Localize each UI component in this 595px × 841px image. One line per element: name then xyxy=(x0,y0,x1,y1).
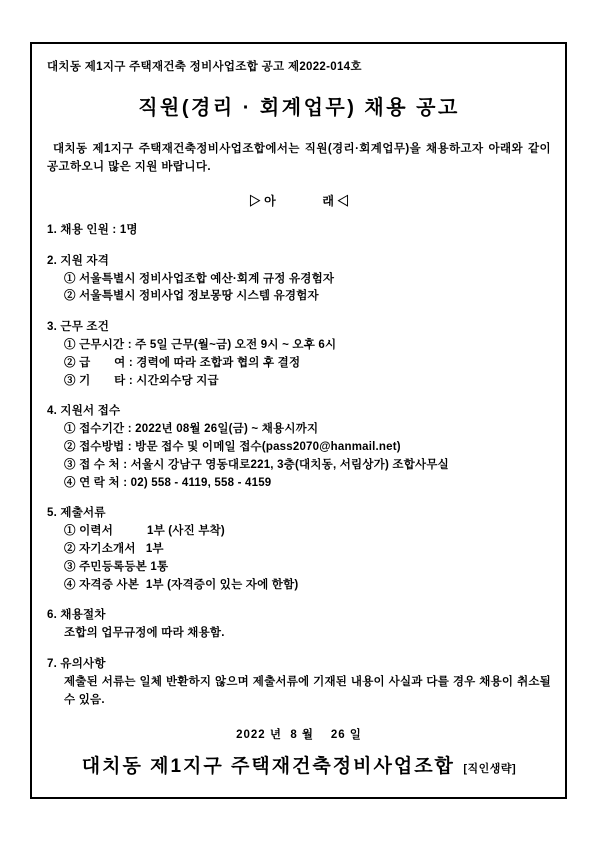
issuer-name: 대치동 제1지구 주택재건축정비사업조합 xyxy=(82,756,455,777)
section-notes: 7. 유의사항 제출된 서류는 일체 반환하지 않으며 제출서류에 기재된 내용… xyxy=(47,656,551,709)
section-item: 조합의 업무규정에 따라 채용함. xyxy=(47,625,551,643)
section-item: ② 서울특별시 정비사업 정보몽땅 시스템 유경험자 xyxy=(47,288,551,306)
section-procedure: 6. 채용절차 조합의 업무규정에 따라 채용함. xyxy=(47,607,551,643)
section-item: ③ 기 타 : 시간외수당 지급 xyxy=(47,373,551,391)
section-heading: 7. 유의사항 xyxy=(47,656,551,674)
seal-omitted-note: [직인생략] xyxy=(463,763,516,775)
section-item: ④ 연 락 처 : 02) 558 - 4119, 558 - 4159 xyxy=(47,475,551,493)
section-item: 제출된 서류는 일체 반환하지 않으며 제출서류에 기재된 내용이 사실과 다를… xyxy=(47,674,551,710)
document-border: 대치동 제1지구 주택재건축 정비사업조합 공고 제2022-014호 직원(경… xyxy=(30,42,567,799)
intro-paragraph: 대치동 제1지구 주택재건축정비사업조합에서는 직원(경리·회계업무)을 채용하… xyxy=(47,140,551,176)
section-item: ① 접수기간 : 2022년 08월 26일(금) ~ 채용시까지 xyxy=(47,421,551,439)
section-heading: 5. 제출서류 xyxy=(47,505,551,523)
section-item: ④ 자격증 사본 1부 (자격증이 있는 자에 한함) xyxy=(47,577,551,595)
section-item: ① 서울특별시 정비사업조합 예산·회계 규정 유경험자 xyxy=(47,271,551,289)
section-heading: 6. 채용절차 xyxy=(47,607,551,625)
section-heading: 1. 채용 인원 : 1명 xyxy=(47,222,551,240)
section-item: ② 접수방법 : 방문 접수 및 이메일 접수(pass2070@hanmail… xyxy=(47,439,551,457)
section-qualifications: 2. 지원 자격 ① 서울특별시 정비사업조합 예산·회계 규정 유경험자 ② … xyxy=(47,253,551,306)
section-documents: 5. 제출서류 ① 이력서 1부 (사진 부착) ② 자기소개서 1부 ③ 주민… xyxy=(47,505,551,594)
section-heading: 2. 지원 자격 xyxy=(47,253,551,271)
section-work-conditions: 3. 근무 조건 ① 근무시간 : 주 5일 근무(월~금) 오전 9시 ~ 오… xyxy=(47,319,551,390)
notice-number: 대치동 제1지구 주택재건축 정비사업조합 공고 제2022-014호 xyxy=(47,58,551,74)
section-hire-count: 1. 채용 인원 : 1명 xyxy=(47,222,551,240)
below-marker: ▷ 아 래 ◁ xyxy=(47,192,551,209)
issuer-line: 대치동 제1지구 주택재건축정비사업조합 [직인생략] xyxy=(47,751,551,778)
page-title: 직원(경리 · 회계업무) 채용 공고 xyxy=(47,91,551,120)
section-item: ① 이력서 1부 (사진 부착) xyxy=(47,523,551,541)
section-application: 4. 지원서 접수 ① 접수기간 : 2022년 08월 26일(금) ~ 채용… xyxy=(47,403,551,492)
section-item: ② 자기소개서 1부 xyxy=(47,541,551,559)
section-item: ② 급 여 : 경력에 따라 조합과 협의 후 결정 xyxy=(47,355,551,373)
section-heading: 3. 근무 조건 xyxy=(47,319,551,337)
section-item: ③ 접 수 처 : 서울시 강남구 영동대로221, 3층(대치동, 서림상가)… xyxy=(47,457,551,475)
section-item: ③ 주민등록등본 1통 xyxy=(47,559,551,577)
section-heading: 4. 지원서 접수 xyxy=(47,403,551,421)
section-item: ① 근무시간 : 주 5일 근무(월~금) 오전 9시 ~ 오후 6시 xyxy=(47,337,551,355)
date-line: 2022 년 8 월 26 일 xyxy=(47,726,551,742)
